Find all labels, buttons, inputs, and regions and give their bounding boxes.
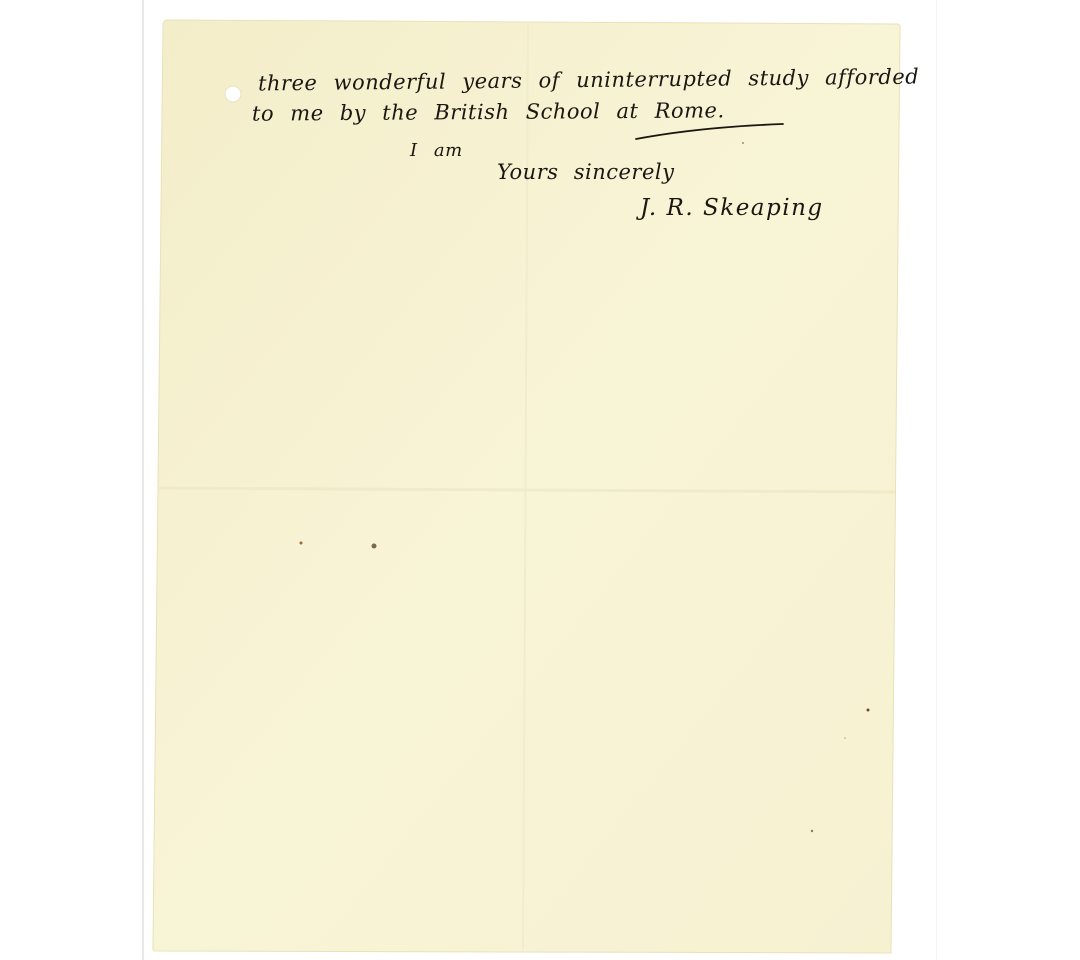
closing-phrase: I am [410, 140, 463, 161]
scanned-letter-viewer: three wonderful years of uninterrupted s… [0, 0, 1080, 960]
letter-line-2: to me by the British School at Rome. [252, 98, 725, 125]
valediction: Yours sincerely [497, 160, 674, 184]
letter-paper [0, 0, 1080, 960]
signature: J. R. Skeaping [640, 195, 824, 221]
